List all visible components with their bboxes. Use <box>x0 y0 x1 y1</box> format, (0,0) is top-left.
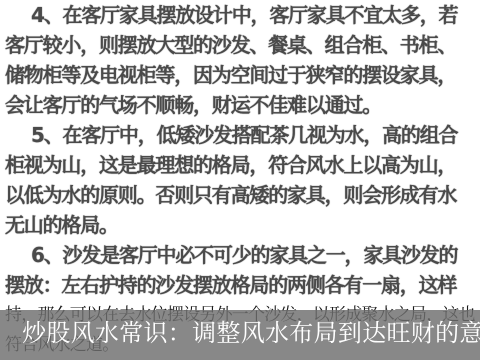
paragraph-4: 4、在客厅家具摆放设计中，客厅家具不宜太多，若客厅较小，则摆放大型的沙发、餐桌、… <box>5 0 471 120</box>
paragraph-6: 6、沙发是客厅中必不可少的家具之一，家具沙发的摆放：左右护持的沙发摆放格局的两侧… <box>5 240 471 300</box>
caption-title: 炒股风水常识：调整风水布局到达旺财的意图 <box>22 318 480 348</box>
paragraph-5: 5、在客厅中，低矮沙发搭配茶几视为水，高的组合柜视为山，这是最理想的格局，符合风… <box>5 120 471 240</box>
document-page: 4、在客厅家具摆放设计中，客厅家具不宜太多，若客厅较小，则摆放大型的沙发、餐桌、… <box>0 0 480 360</box>
